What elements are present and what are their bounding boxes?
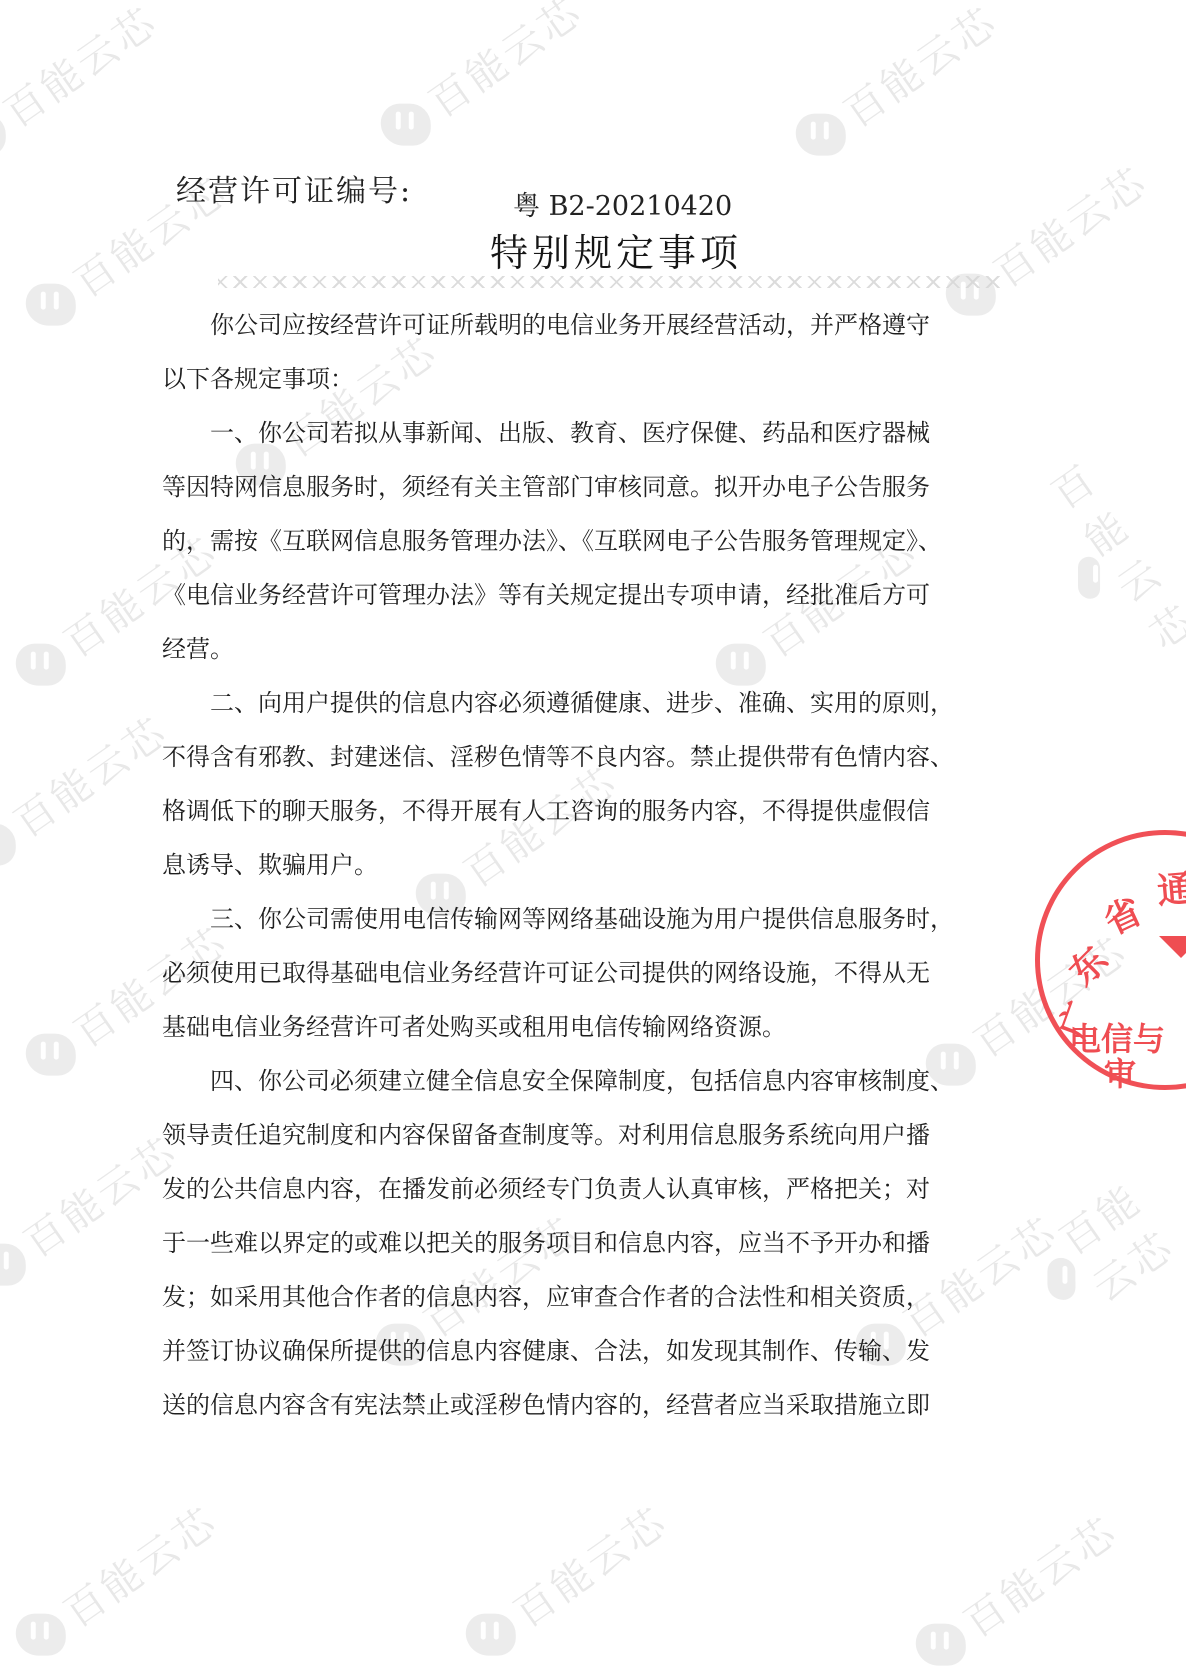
paragraph-intro: 你公司应按经营许可证所载明的电信业务开展经营活动，并严格遵守 以下各规定事项： (162, 298, 1062, 406)
text-line: 基础电信业务经营许可者处购买或租用电信传输网络资源。 (162, 1000, 1062, 1054)
watermark: 百能云芯 (784, 0, 1008, 172)
cloud-chip-logo-icon (795, 113, 845, 155)
cloud-chip-logo-icon (15, 643, 65, 685)
document-body: 你公司应按经营许可证所载明的电信业务开展经营活动，并严格遵守 以下各规定事项： … (162, 298, 1062, 1432)
text-line: 你公司应按经营许可证所载明的电信业务开展经营活动，并严格遵守 (162, 298, 1062, 352)
text-line: 必须使用已取得基础电信业务经营许可证公司提供的网络设施，不得从无 (162, 946, 1062, 1000)
watermark: 百能云芯 (369, 0, 593, 162)
watermark: 百能云芯 (454, 1491, 678, 1672)
cloud-chip-logo-icon (0, 823, 15, 865)
document-title: 特别规定事项 (490, 222, 742, 277)
cloud-chip-logo-icon (380, 103, 430, 145)
cloud-chip-logo-icon (25, 283, 75, 325)
text-line: 经营。 (162, 622, 1062, 676)
seal-char: 省 (1095, 884, 1149, 945)
text-line: 送的信息内容含有宪法禁止或淫秽色情内容的，经营者应当采取措施立即 (162, 1378, 1062, 1432)
paragraph-item-2: 二、向用户提供的信息内容必须遵循健康、进步、准确、实用的原则， 不得含有邪教、封… (162, 676, 1062, 892)
cloud-chip-logo-icon (1078, 557, 1100, 599)
text-line: 不得含有邪教、封建迷信、淫秽色情等不良内容。禁止提供带有色情内容、 (162, 730, 1062, 784)
watermark: 百能云芯 (0, 0, 168, 172)
text-line: 息诱导、欺骗用户。 (162, 838, 1062, 892)
text-line: 三、你公司需使用电信传输网等网络基础设施为用户提供信息服务时， (162, 892, 1062, 946)
text-line: 四、你公司必须建立健全信息安全保障制度，包括信息内容审核制度、 (162, 1054, 1062, 1108)
paragraph-item-1: 一、你公司若拟从事新闻、出版、教育、医疗保健、药品和医疗器械 等因特网信息服务时… (162, 406, 1062, 676)
text-line: 领导责任追究制度和内容保留备查制度等。对利用信息服务系统向用户播 (162, 1108, 1062, 1162)
seal-inner: 广 东 省 通 电信与 审 (1049, 844, 1186, 1076)
cloud-chip-logo-icon (915, 1623, 965, 1665)
watermark: 百能云芯 (0, 1121, 188, 1302)
paragraph-item-3: 三、你公司需使用电信传输网等网络基础设施为用户提供信息服务时， 必须使用已取得基… (162, 892, 1062, 1054)
watermark: 百能云芯 (904, 1501, 1128, 1680)
text-line: 二、向用户提供的信息内容必须遵循健康、进步、准确、实用的原则， (162, 676, 1062, 730)
text-line: 一、你公司若拟从事新闻、出版、教育、医疗保健、药品和医疗器械 (162, 406, 1062, 460)
watermark: 百能云芯 (0, 701, 178, 882)
text-line: 发的公共信息内容，在播发前必须经专门负责人认真审核，严格把关；对 (162, 1162, 1062, 1216)
license-number-label: 经营许可证编号: (176, 166, 412, 210)
decorative-divider (218, 276, 1002, 288)
cloud-chip-logo-icon (25, 1033, 75, 1075)
text-line: 等因特网信息服务时，须经有关主管部门审核同意。拟开办电子公告服务 (162, 460, 1062, 514)
cloud-chip-logo-icon (465, 1613, 515, 1655)
license-number-value: 粤 B2-20210420 (513, 184, 732, 223)
text-line: 格调低下的聊天服务，不得开展有人工咨询的服务内容，不得提供虚假信 (162, 784, 1062, 838)
cloud-chip-logo-icon (0, 1243, 25, 1285)
seal-star-icon (1159, 936, 1186, 958)
paragraph-item-4: 四、你公司必须建立健全信息安全保障制度，包括信息内容审核制度、 领导责任追究制度… (162, 1054, 1062, 1432)
text-line: 并签订协议确保所提供的信息内容健康、合法，如发现其制作、传输、发 (162, 1324, 1062, 1378)
text-line: 以下各规定事项： (162, 352, 1062, 406)
seal-char: 通 (1155, 861, 1186, 915)
text-line: 《电信业务经营许可管理办法》等有关规定提出专项申请，经批准后方可 (162, 568, 1062, 622)
text-line: 发；如采用其他合作者的信息内容，应审查合作者的合法性和相关资质， (162, 1270, 1062, 1324)
seal-text-line: 审 (1104, 1049, 1136, 1095)
text-line: 的，需按《互联网信息服务管理办法》、《互联网电子公告服务管理规定》、 (162, 514, 1062, 568)
text-line: 于一些难以界定的或难以把关的服务项目和信息内容，应当不予开办和播 (162, 1216, 1062, 1270)
cloud-chip-logo-icon (15, 1613, 65, 1655)
seal-char: 东 (1056, 934, 1118, 996)
cloud-chip-logo-icon (0, 113, 5, 155)
watermark: 百能云芯 (4, 1491, 228, 1672)
